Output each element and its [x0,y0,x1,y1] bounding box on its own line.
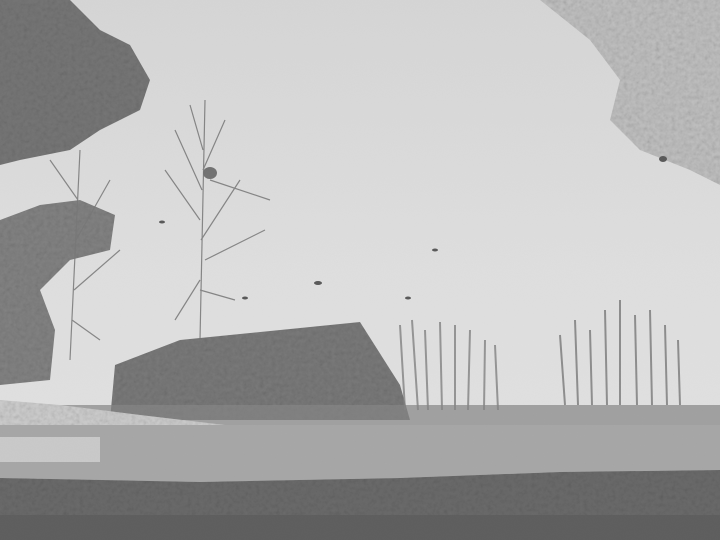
photo-canvas [0,0,720,540]
puddle-reflection-photo [0,0,720,540]
film-grain [0,0,720,540]
